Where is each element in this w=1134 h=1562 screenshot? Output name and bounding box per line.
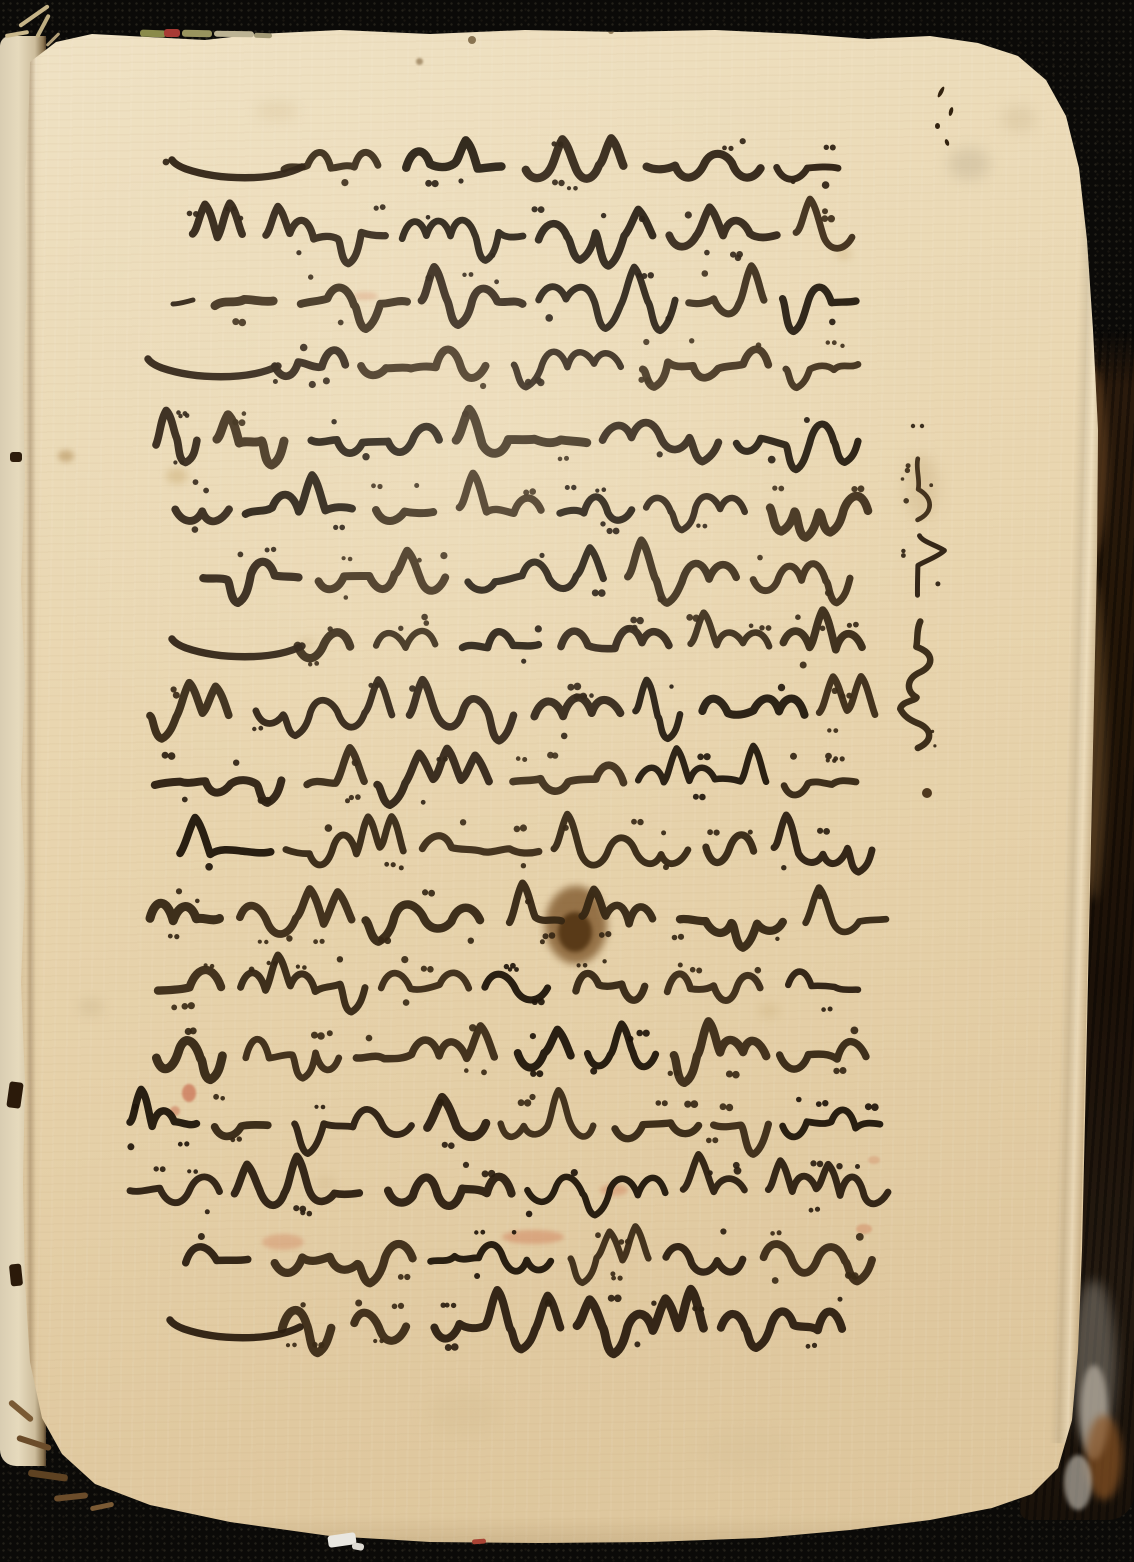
text-line [180, 814, 872, 872]
text-line [175, 473, 868, 537]
manuscript-photograph [0, 0, 1134, 1562]
text-line [156, 409, 858, 470]
text-line [156, 1021, 866, 1083]
text-line [158, 955, 858, 1012]
text-line [150, 883, 886, 948]
margin-note-vertical [900, 424, 944, 748]
leather-highlight [1064, 1455, 1092, 1510]
text-line [127, 1089, 880, 1154]
text-line [130, 1154, 888, 1217]
text-line [187, 199, 852, 266]
text-line [155, 746, 856, 805]
syriac-text-block [0, 0, 1134, 1562]
text-line [173, 266, 856, 332]
text-line [163, 138, 838, 191]
text-line [150, 676, 875, 740]
text-line [186, 1226, 872, 1284]
text-line [203, 540, 850, 603]
main-text-lines [127, 138, 888, 1354]
text-line [170, 1289, 843, 1354]
text-line [148, 338, 858, 389]
text-line [172, 610, 862, 668]
parchment-page [0, 0, 1134, 1562]
